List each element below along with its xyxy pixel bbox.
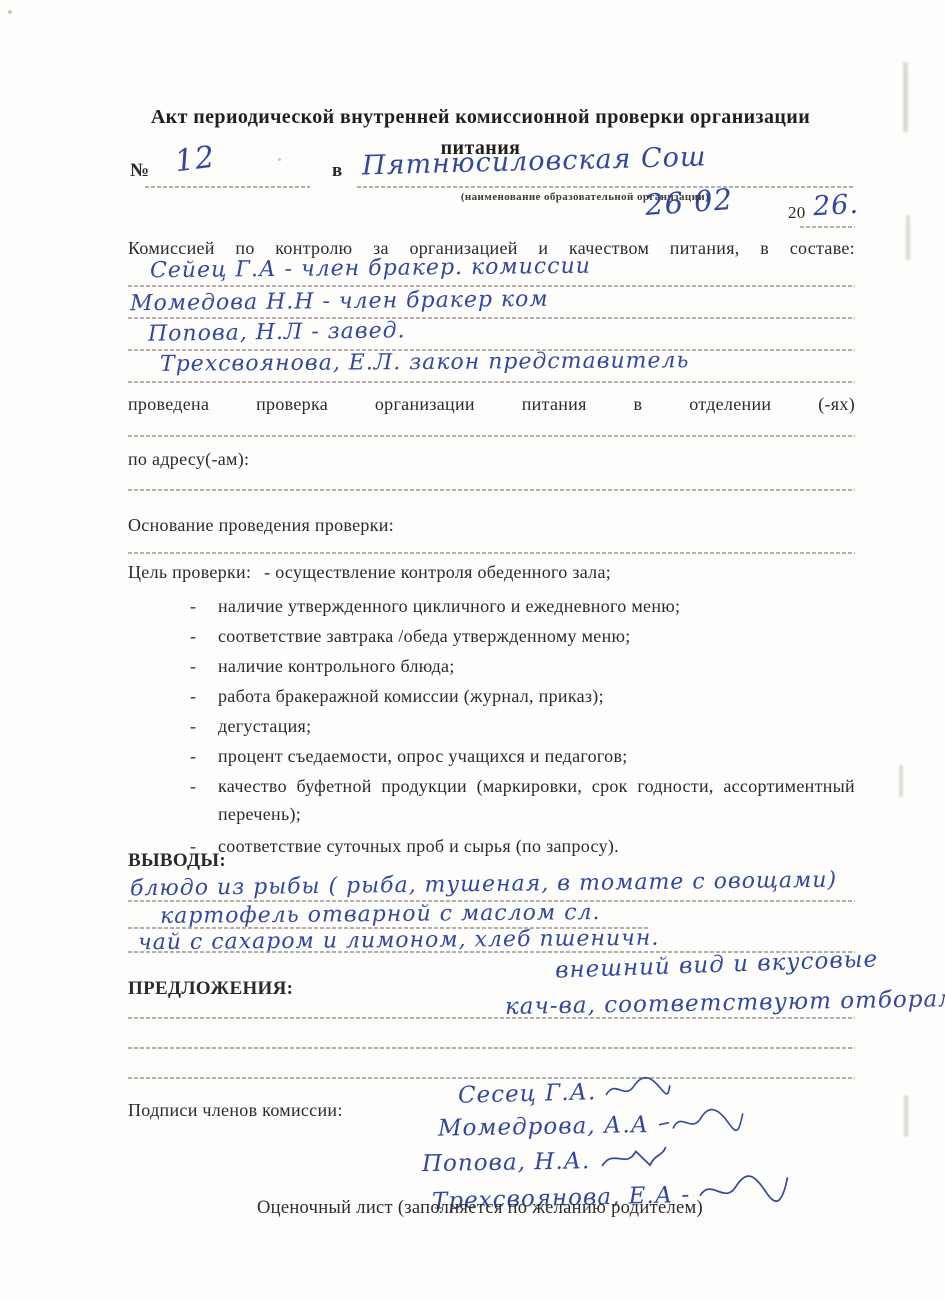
purpose-item-6: -процент съедаемости, опрос учащихся и п…	[190, 742, 855, 770]
purpose-item-5: -дегустация;	[190, 712, 855, 740]
date-century-printed: 20	[788, 203, 806, 223]
date-year-handwritten: 26.	[812, 189, 860, 222]
scan-artifact	[904, 1095, 908, 1137]
purpose-item-2: -соответствие завтрака /обеда утвержденн…	[190, 622, 855, 650]
act-number-value: 12	[173, 140, 217, 180]
conclusion-line-2: картофель отварной с маслом сл.	[160, 900, 601, 929]
purpose-item-text: дегустация;	[218, 716, 311, 736]
commission-member-3: Попова, Н.Л - завед.	[148, 318, 406, 347]
commission-member-1: Сейец Г.А - член бракер. комиссии	[150, 254, 591, 284]
conclusions-label: ВЫВОДЫ:	[128, 850, 226, 872]
scan-artifact	[903, 62, 908, 132]
signatures-label: Подписи членов комиссии:	[128, 1100, 343, 1121]
purpose-item-8: -соответствие суточных проб и сырья (по …	[190, 832, 855, 860]
purpose-item-4: -работа бракеражной комиссии (журнал, пр…	[190, 682, 855, 710]
purpose-item-7: -качество буфетной продукции (маркировки…	[190, 772, 855, 828]
commission-member-2: Момедова Н.Н - член бракер ком	[130, 287, 549, 316]
conclusion-line-1: блюдо из рыбы ( рыба, тушеная, в томате …	[130, 868, 837, 902]
purpose-line: Цель проверки: - осуществление контроля …	[128, 562, 611, 583]
date-underline	[800, 226, 855, 228]
blank-underline-1	[128, 435, 855, 437]
evaluation-sheet-footer: Оценочный лист (заполняется по желанию р…	[190, 1198, 770, 1219]
signature-name: Момедрова, А.А	[438, 1112, 650, 1142]
purpose-item-1: -наличие утвержденного цикличного и ежед…	[190, 592, 855, 620]
purpose-item-text: соответствие суточных проб и сырья (по з…	[218, 836, 619, 856]
signature-2: Момедрова, А.А	[438, 1107, 746, 1146]
date-day-month-handwritten: 26 02	[644, 182, 734, 222]
blank-underline-2	[128, 489, 855, 491]
scan-artifact	[899, 765, 903, 797]
purpose-item-text: процент съедаемости, опрос учащихся и пе…	[218, 746, 628, 766]
purpose-item-text: наличие контрольного блюда;	[218, 656, 455, 676]
signature-flourish-icon	[596, 1143, 669, 1180]
signature-1: Сесец Г.А.	[458, 1075, 673, 1113]
signature-name: Сесец Г.А.	[458, 1079, 597, 1109]
suggestions-label: ПРЕДЛОЖЕНИЯ:	[128, 978, 293, 1000]
member-underline-4	[128, 381, 855, 383]
purpose-item-3: -наличие контрольного блюда;	[190, 652, 855, 680]
suggestion-underline-3	[128, 1077, 855, 1079]
suggestion-line-2: кач-ва, соответствуют отборам	[505, 986, 945, 1020]
purpose-item-text: работа бракеражной комиссии (журнал, при…	[218, 686, 604, 706]
in-label: в	[332, 160, 343, 182]
title-line-1: Акт периодической внутренней комиссионно…	[118, 102, 843, 133]
dash-bullet: -	[190, 622, 218, 650]
number-label: №	[130, 160, 149, 182]
address-label: по адресу(-ам):	[128, 449, 249, 470]
signature-flourish-icon	[602, 1075, 673, 1109]
scan-speck	[8, 10, 12, 14]
scanned-document-page: Акт периодической внутренней комиссионно…	[0, 0, 945, 1300]
purpose-item-text: соответствие завтрака /обеда утвержденно…	[218, 626, 631, 646]
member-underline-2	[128, 317, 855, 319]
dash-bullet: -	[190, 772, 218, 828]
conducted-check-line: проведена проверка организации питания в…	[128, 394, 855, 415]
purpose-item-text: наличие утвержденного цикличного и ежедн…	[218, 596, 680, 616]
basis-label: Основание проведения проверки:	[128, 515, 394, 536]
dash-bullet: -	[190, 652, 218, 680]
blank-underline-3	[128, 552, 855, 554]
purpose-intro: - осуществление контроля обеденного зала…	[264, 562, 611, 582]
dash-bullet: -	[190, 742, 218, 770]
organization-underline	[357, 186, 855, 188]
dash-bullet: -	[190, 592, 218, 620]
dash-bullet: -	[190, 682, 218, 710]
suggestion-underline-2	[128, 1047, 855, 1049]
purpose-label: Цель проверки:	[128, 562, 251, 582]
signature-flourish-icon	[655, 1107, 746, 1143]
scan-artifact	[906, 215, 910, 260]
signature-name: Попова, Н.А.	[422, 1148, 591, 1177]
suggestion-underline-1	[128, 1017, 855, 1019]
purpose-item-text: качество буфетной продукции (маркировки,…	[218, 772, 855, 828]
commission-member-4: Трехсвоянова, Е.Л. закон представитель	[160, 348, 690, 377]
number-underline	[145, 186, 310, 188]
dash-bullet: -	[190, 712, 218, 740]
